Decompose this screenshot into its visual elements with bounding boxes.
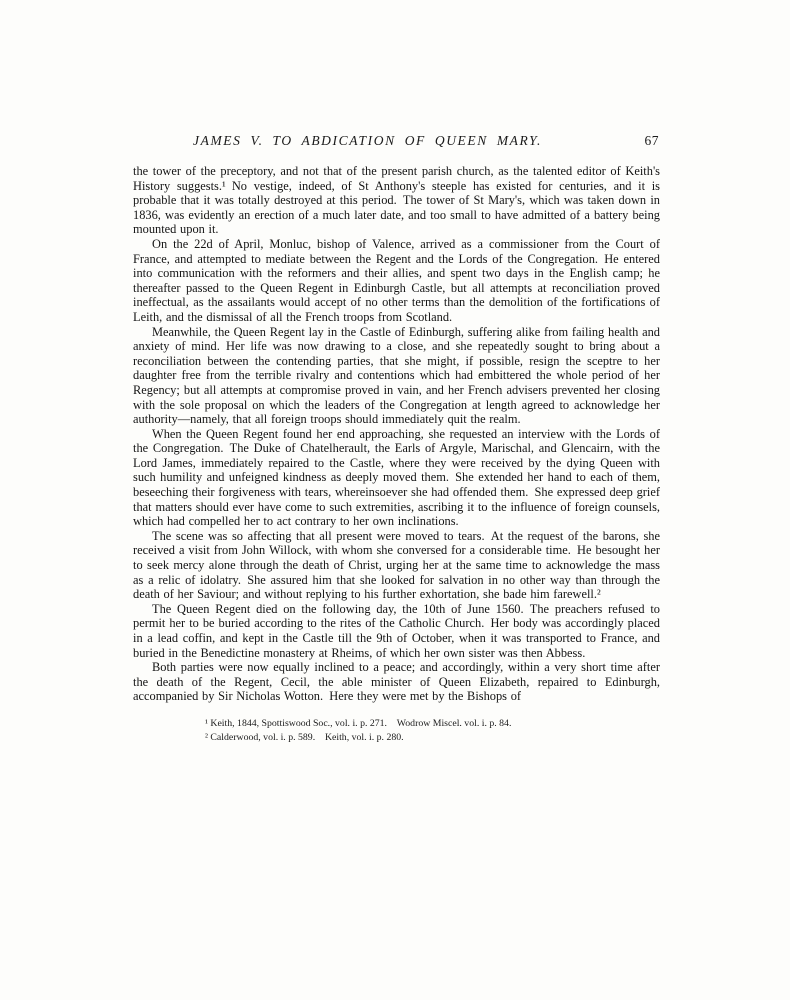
paragraph-5: The scene was so affecting that all pres… <box>133 529 660 602</box>
paragraph-1: the tower of the preceptory, and not tha… <box>133 164 660 237</box>
running-head: JAMES V. TO ABDICATION OF QUEEN MARY. 67 <box>133 133 660 151</box>
running-header-title: JAMES V. TO ABDICATION OF QUEEN MARY. <box>133 133 660 149</box>
book-page: JAMES V. TO ABDICATION OF QUEEN MARY. 67… <box>0 0 790 1000</box>
paragraph-3: Meanwhile, the Queen Regent lay in the C… <box>133 325 660 427</box>
page-number: 67 <box>645 133 660 149</box>
footnotes: ¹ Keith, 1844, Spottiswood Soc., vol. i.… <box>133 717 660 745</box>
body-text: the tower of the preceptory, and not tha… <box>133 164 660 704</box>
paragraph-2: On the 22d of April, Monluc, bishop of V… <box>133 237 660 325</box>
footnote-2: ² Calderwood, vol. i. p. 589. Keith, vol… <box>205 731 660 745</box>
footnote-1: ¹ Keith, 1844, Spottiswood Soc., vol. i.… <box>205 717 660 731</box>
paragraph-4: When the Queen Regent found her end appr… <box>133 427 660 529</box>
paragraph-6: The Queen Regent died on the following d… <box>133 602 660 660</box>
paragraph-7: Both parties were now equally inclined t… <box>133 660 660 704</box>
text-block: JAMES V. TO ABDICATION OF QUEEN MARY. 67… <box>133 133 660 745</box>
